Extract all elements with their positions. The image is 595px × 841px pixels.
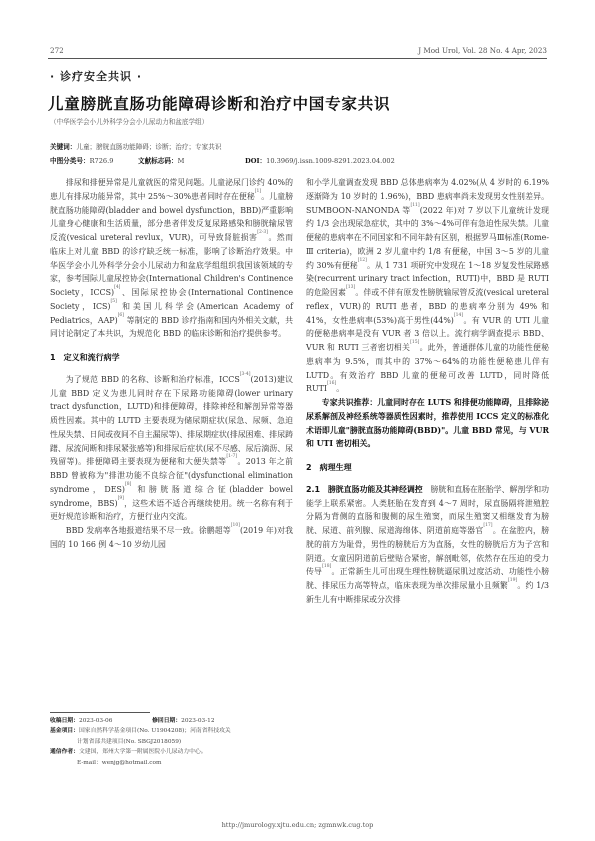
section-heading-1: 1 定义和流行病学 <box>50 351 293 365</box>
subsection-heading-2-1: 2.1 膀胱直肠功能及其神经调控 <box>306 485 423 494</box>
citation[interactable]: [17] <box>483 523 492 528</box>
article-title: 儿童膀胱直肠功能障碍诊断和治疗中国专家共识 <box>48 92 390 114</box>
citation[interactable]: [18] <box>322 564 331 569</box>
keywords: 关键词：儿童；膀胱直肠功能障碍；诊断；治疗；专家共识 <box>50 141 221 151</box>
doi: DOI：10.3969/j.issn.1009-8291.2023.04.002 <box>245 155 395 165</box>
keywords-label: 关键词： <box>50 143 76 151</box>
citation[interactable]: [10] <box>231 523 240 528</box>
citation[interactable]: [3-4] <box>240 372 251 377</box>
page-number: 272 <box>50 46 64 55</box>
definition-paragraph: 为了规范 BBD 的名称、诊断和治疗标准，ICCS[3-4](2013)建议儿童… <box>50 373 293 524</box>
footer-urls[interactable]: http://jmurology.xjtu.edu.cn; zgmnwk.cug… <box>0 821 595 829</box>
author-email[interactable]: E-mail：wenjg@hotmail.com <box>77 760 161 766</box>
citation[interactable]: [14] <box>454 313 463 318</box>
header-rule <box>48 58 547 59</box>
citation[interactable]: [15] <box>410 340 419 345</box>
clc-number: 中图分类号：R726.9 <box>50 155 113 165</box>
doi-value: 10.3969/j.issn.1009-8291.2023.04.002 <box>266 157 395 165</box>
section-heading-2: 2 病理生理 <box>306 461 549 475</box>
epidemiology-paragraph: BBD 发病率各地报道结果不尽一致。徐鹏超等[10](2019 年)对我国的 1… <box>50 524 293 552</box>
citation[interactable]: [16] <box>327 381 336 386</box>
keywords-value: 儿童；膀胱直肠功能障碍；诊断；治疗；专家共识 <box>76 143 221 151</box>
doc-code-label: 文献标志码： <box>138 157 178 165</box>
document-code: 文献标志码：M <box>138 155 184 165</box>
intro-paragraph: 排尿和排便异常是儿童就医的常见问题。儿童泌尿门诊约 40%的患儿有排尿功能异常，… <box>50 176 293 341</box>
epidemiology-paragraph-cont: 和小学儿童调查发现 BBD 总体患病率为 4.02%(从 4 岁时的 6.19%… <box>306 176 549 396</box>
expert-recommendation: 专家共识推荐：儿童同时存在 LUTS 和排便功能障碍，且排除泌尿系解剖及神经系统… <box>306 396 549 451</box>
footnote-rule <box>50 712 150 713</box>
clc-value: R726.9 <box>90 157 114 165</box>
physiology-paragraph: 2.1 膀胱直肠功能及其神经调控 膀胱和直肠在胚胎学、解剖学和功能学上联系紧密。… <box>306 483 549 607</box>
left-column: 排尿和排便异常是儿童就医的常见问题。儿童泌尿门诊约 40%的患儿有排尿功能异常，… <box>50 176 293 552</box>
citation[interactable]: [2-3] <box>257 230 268 235</box>
journal-citation: J Mod Urol, Vol. 28 No. 4 Apr, 2023 <box>418 46 547 55</box>
citation[interactable]: [19] <box>508 578 517 583</box>
clc-label: 中图分类号： <box>50 157 90 165</box>
revised-date: 2023-03-12 <box>181 718 214 724</box>
received-date: 2023-03-06 <box>79 718 112 724</box>
doi-label: DOI： <box>245 157 266 165</box>
citation[interactable]: [1-7] <box>226 454 237 459</box>
footnote-fund: 基金项目：国家自然科学基金项目(No. U1904208)；河南省科技攻关 计划… <box>50 726 295 747</box>
authors: （中华医学会小儿外科学分会小儿尿动力和盆底学组） <box>50 116 208 126</box>
column-tag: · 诊疗安全共识 · <box>50 68 142 84</box>
footnote-dates: 收稿日期：2023-03-06 修回日期：2023-03-12 <box>50 716 295 727</box>
footnote-corresponding-author: 通信作者：文建国，郑州大学第一附属医院小儿尿动力中心。 E-mail：wenjg… <box>50 747 295 768</box>
doc-code-value: M <box>178 157 185 165</box>
right-column: 和小学儿童调查发现 BBD 总体患病率为 4.02%(从 4 岁时的 6.19%… <box>306 176 549 607</box>
citation[interactable]: [12] <box>358 258 367 263</box>
citation[interactable]: [11] <box>410 203 419 208</box>
citation[interactable]: [13] <box>346 285 355 290</box>
